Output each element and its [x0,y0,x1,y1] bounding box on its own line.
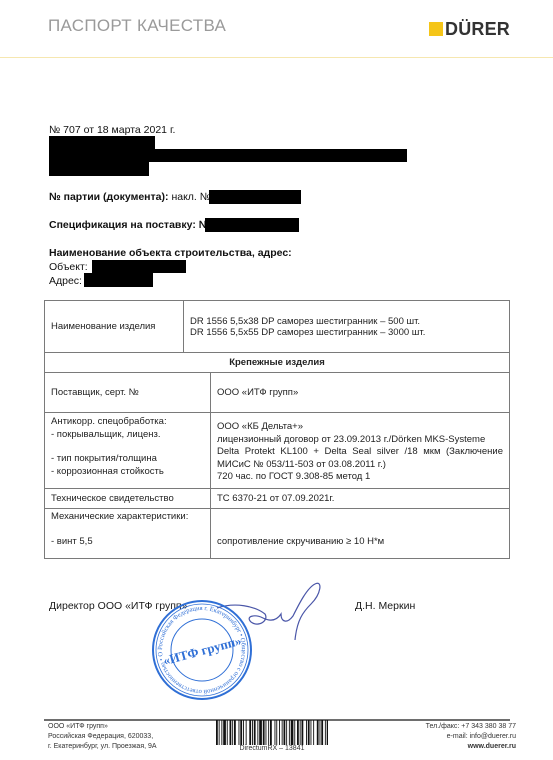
company-stamp-icon: Российская Федерация г. Екатеринбург • О… [150,598,254,702]
table-row: Крепежные изделия [45,353,510,373]
label-line: Механические характеристики: [51,511,204,524]
product-item: DR 1556 5,5x38 DP саморез шестигранник –… [190,316,503,327]
footer-website[interactable]: www.duerer.ru [426,742,516,752]
redacted-spec-number [205,218,299,232]
label-line: - тип покрытия/толщина [51,453,204,466]
footer-company-info: ООО «ИТФ групп» Российская Федерация, 62… [48,722,157,752]
table-row: Механические характеристики: - винт 5,5 … [45,509,510,559]
value-line: ООО «ИТФ групп» [217,387,503,398]
redacted-address [84,273,153,287]
logo-text: DÜRER [445,19,510,40]
label-line: Антикорр. спецобработка: [51,416,204,429]
object-heading: Наименование объекта строительства, адре… [49,247,292,259]
footer-contacts: Тел./факс: +7 343 380 38 77 e-mail: info… [426,722,516,752]
batch-label: № партии (документа): [49,191,169,203]
footer-address-line: г. Екатеринбург, ул. Проезжая, 9А [48,742,157,752]
redacted-buyer-row2 [49,149,407,162]
label-spacer [51,441,204,453]
value-line: Delta Protekt KL100 + Delta Seal silver … [217,446,503,471]
barcode-caption: DirectumRX – 13841 [216,745,328,752]
spec-table: Крепежные изделия Поставщик, серт. № ООО… [44,352,510,559]
label-line: - покрывальщик, лиценз. [51,429,204,442]
document-title: ПАСПОРТ КАЧЕСТВА [48,16,226,36]
table-row: Поставщик, серт. № ООО «ИТФ групп» [45,373,510,413]
value-line: ООО «КБ Дельта+» [217,421,503,434]
document-number: № 707 от 18 марта 2021 г. [49,124,175,136]
batch-field: № партии (документа): накл. № [49,191,211,203]
row-label: Техническое свидетельство [45,489,211,509]
spec-label: Спецификация на поставку: № [49,219,210,231]
label-line: Техническое свидетельство [51,493,204,504]
signatory-name: Д.Н. Меркин [355,600,415,612]
footer-company-name: ООО «ИТФ групп» [48,722,157,732]
footer-phone: Тел./факс: +7 343 380 38 77 [426,722,516,732]
product-items: DR 1556 5,5x38 DP саморез шестигранник –… [184,301,510,353]
product-label: Наименование изделия [45,301,184,353]
redacted-buyer-row1 [49,136,155,149]
label-line: - винт 5,5 [51,536,204,549]
value-spacer [217,511,503,536]
section-title: Крепежные изделия [45,353,510,373]
header-divider [0,57,553,58]
row-label: Антикорр. спецобработка: - покрывальщик,… [45,413,211,489]
address-label: Адрес: [49,275,82,287]
table-row: Наименование изделия DR 1556 5,5x38 DP с… [45,301,510,353]
redacted-buyer-row3 [49,162,149,176]
row-value: ТС 6370-21 от 07.09.2021г. [211,489,510,509]
batch-value-prefix: накл. № [171,191,211,203]
value-line: лицензионный договор от 23.09.2013 г./Dö… [217,434,503,447]
footer-address-line: Российская Федерация, 620033, [48,732,157,742]
table-row: Антикорр. спецобработка: - покрывальщик,… [45,413,510,489]
row-value: сопротивление скручиванию ≥ 10 Н*м [211,509,510,559]
redacted-object [92,260,186,273]
row-value: ООО «КБ Дельта+» лицензионный договор от… [211,413,510,489]
logo-square-icon [429,22,443,36]
value-line: 720 час. по ГОСТ 9.308-85 метод 1 [217,471,503,484]
value-line: ТС 6370-21 от 07.09.2021г. [217,493,503,504]
barcode-icon [216,720,328,745]
label-spacer [51,524,204,537]
value-line: сопротивление скручиванию ≥ 10 Н*м [217,536,503,549]
object-label: Объект: [49,261,88,273]
table-row: Техническое свидетельство ТС 6370-21 от … [45,489,510,509]
row-value: ООО «ИТФ групп» [211,373,510,413]
row-label: Механические характеристики: - винт 5,5 [45,509,211,559]
label-line: Поставщик, серт. № [51,387,204,398]
product-item: DR 1556 5,5x55 DP саморез шестигранник –… [190,327,503,338]
footer-email[interactable]: e-mail: info@duerer.ru [426,732,516,742]
row-label: Поставщик, серт. № [45,373,211,413]
label-line: - коррозионная стойкость [51,466,204,479]
brand-logo: DÜRER [429,19,510,39]
redacted-batch-number [209,190,301,204]
product-table: Наименование изделия DR 1556 5,5x38 DP с… [44,300,510,353]
